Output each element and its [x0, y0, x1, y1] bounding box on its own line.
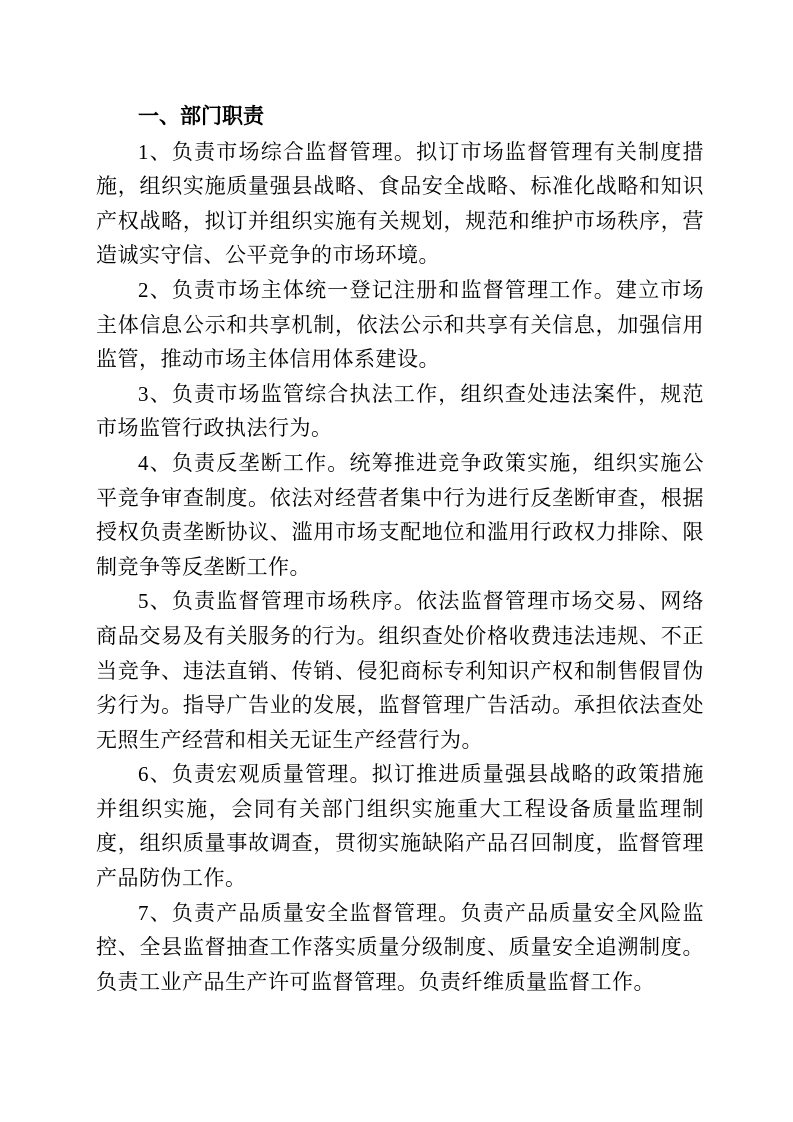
paragraph-duty-3: 3、负责市场监管综合执法工作，组织查处违法案件，规范市场监管行政执法行为。 — [96, 377, 704, 446]
paragraph-duty-1: 1、负责市场综合监督管理。拟订市场监督管理有关制度措施，组织实施质量强县战略、食… — [96, 135, 704, 273]
paragraph-duty-7: 7、负责产品质量安全监督管理。负责产品质量安全风险监控、全县监督抽查工作落实质量… — [96, 896, 704, 1000]
paragraph-duty-2: 2、负责市场主体统一登记注册和监督管理工作。建立市场主体信息公示和共享机制，依法… — [96, 273, 704, 377]
section-heading: 一、部门职责 — [96, 100, 704, 135]
paragraph-duty-4: 4、负责反垄断工作。统筹推进竞争政策实施，组织实施公平竞争审查制度。依法对经营者… — [96, 446, 704, 584]
paragraph-duty-6: 6、负责宏观质量管理。拟订推进质量强县战略的政策措施并组织实施，会同有关部门组织… — [96, 757, 704, 895]
paragraph-duty-5: 5、负责监督管理市场秩序。依法监督管理市场交易、网络商品交易及有关服务的行为。组… — [96, 584, 704, 757]
document-page: 一、部门职责 1、负责市场综合监督管理。拟订市场监督管理有关制度措施，组织实施质… — [0, 0, 793, 1122]
